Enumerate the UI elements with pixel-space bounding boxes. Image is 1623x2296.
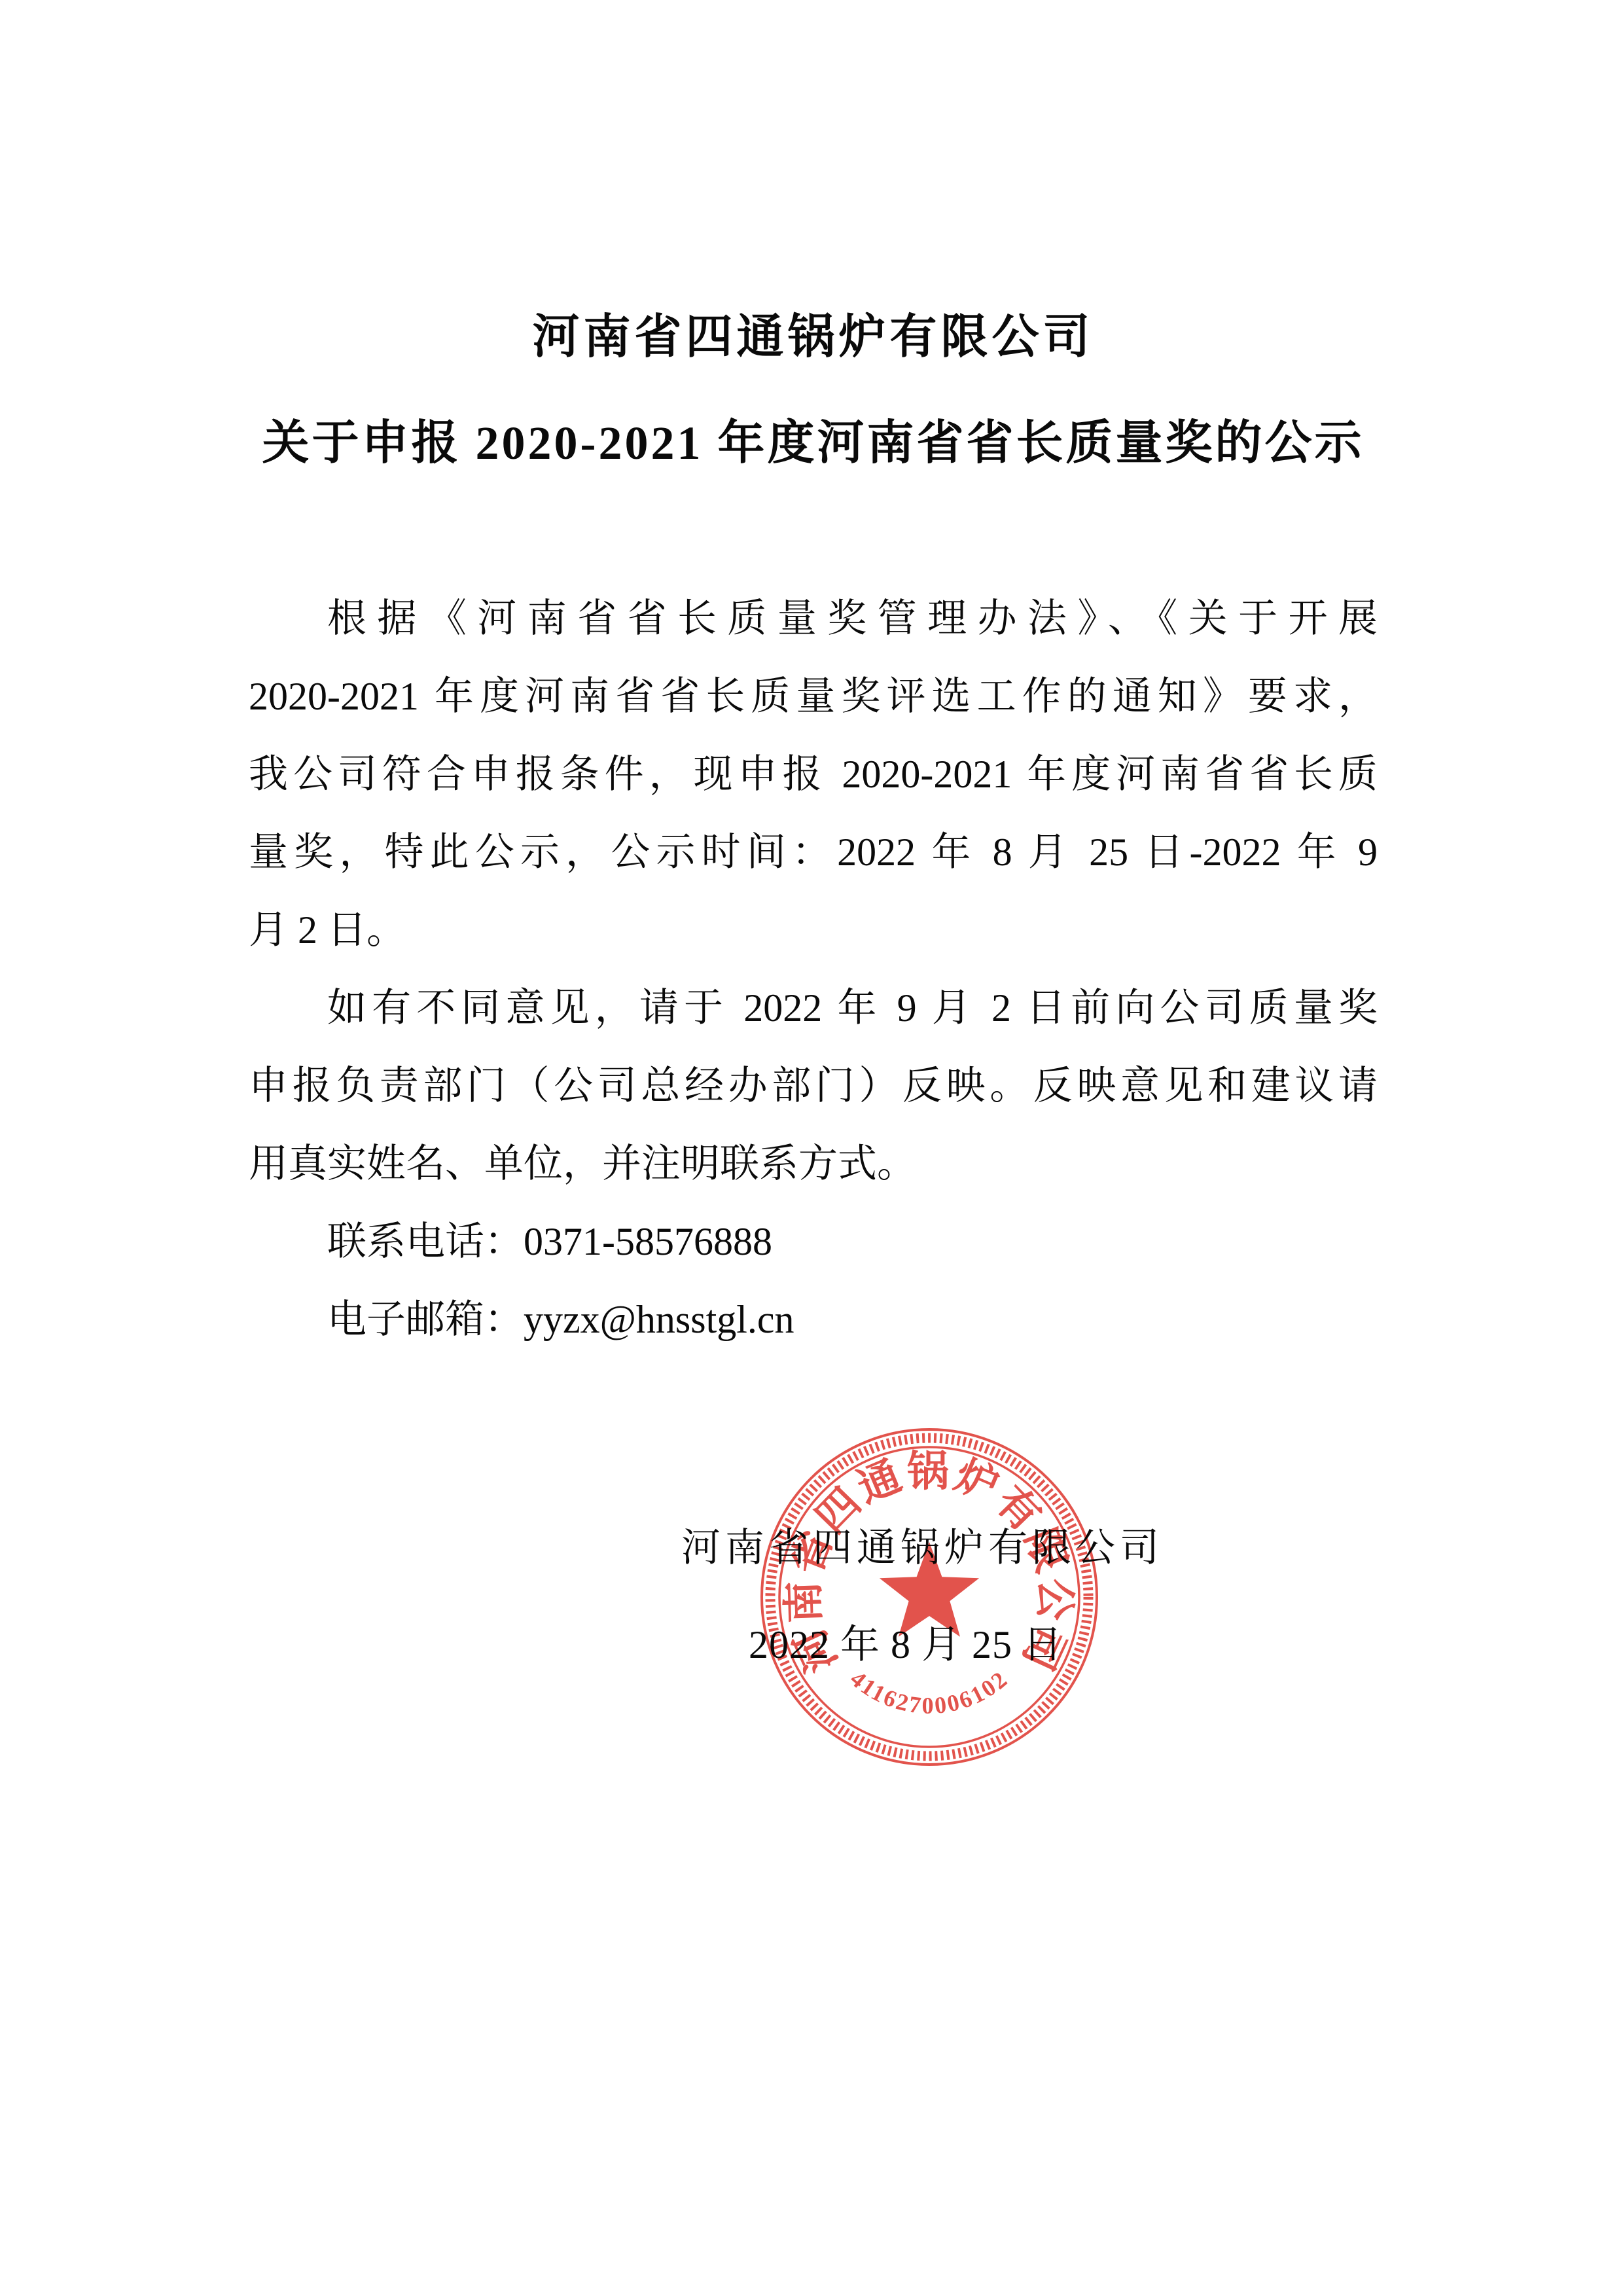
body-line: 我公司符合申报条件，现申报 2020-2021 年度河南省省长质 [249, 736, 1378, 814]
seal-number-text: 4116270006102 [846, 1666, 1014, 1719]
body-line: 如有不同意见，请于 2022 年 9 月 2 日前向公司质量奖 [249, 969, 1378, 1047]
body-line: 申报负责部门（公司总经办部门）反映。反映意见和建议请 [249, 1047, 1378, 1125]
body-line: 联系电话：0371-58576888 [249, 1203, 1378, 1281]
document-page: 河南省四通锅炉有限公司 关于申报 2020-2021 年度河南省省长质量奖的公示… [0, 0, 1623, 2296]
red-star-icon [880, 1542, 979, 1637]
body-paragraphs: 根据《河南省省长质量奖管理办法》、《关于开展2020-2021 年度河南省省长质… [249, 580, 1378, 1359]
document-subtitle: 关于申报 2020-2021 年度河南省省长质量奖的公示 [249, 414, 1378, 473]
body-line: 2020-2021 年度河南省省长质量奖评选工作的通知》要求， [249, 658, 1378, 736]
body-line: 用真实姓名、单位，并注明联系方式。 [249, 1125, 1378, 1203]
company-seal: 河南省四通锅炉有限公司 4116270006102 [758, 1426, 1101, 1768]
body-line: 电子邮箱：yyzx@hnsstgl.cn [249, 1281, 1378, 1359]
document-title: 河南省四通锅炉有限公司 [249, 308, 1378, 367]
body-line: 量奖，特此公示，公示时间：2022 年 8 月 25 日-2022 年 9 [249, 814, 1378, 891]
body-line: 根据《河南省省长质量奖管理办法》、《关于开展 [249, 580, 1378, 658]
body-line: 月 2 日。 [249, 891, 1378, 969]
